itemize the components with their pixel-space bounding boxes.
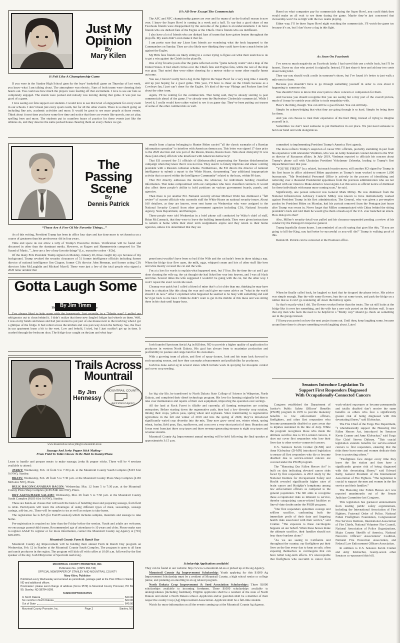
events-details-2: The registration fee is $25 (for EACH se… — [8, 514, 141, 522]
paragraph: committed to implementing President Trum… — [272, 143, 394, 147]
by-word: By — [105, 47, 112, 54]
paragraph: So that’s exactly what I did. The flower… — [272, 303, 394, 318]
paragraph: JERKY: Wednesday, Feb. 12 from 5 to 7:30… — [8, 468, 141, 476]
commercials-body-right: Based on what companies pay for commerci… — [272, 10, 394, 54]
website-email-line: www.mountrail.uc.nd.us jmh@co.mountrail.… — [8, 443, 141, 446]
publication-details: Published every Wednesday and entered as… — [21, 578, 135, 585]
paragraph: Sometimes we don’t need someone to put t… — [272, 125, 394, 133]
gotta-body-left: I’ve always liked to help some with the … — [8, 312, 141, 348]
footer-right: Stanley, ND — [119, 608, 133, 611]
rate-value: $45.00 — [125, 602, 133, 605]
footer-left: Mountrail County Promoter, Inc. — [22, 608, 58, 611]
paragraph: Also, Milley’s security detail was pulle… — [272, 218, 394, 226]
paragraph: Here’s the thing, though. You can still … — [272, 104, 394, 108]
gotta-body-middle: pened next wouldn’t have been so bad if … — [145, 257, 268, 333]
passing-title-block: “These Are A Few Of My Favorite Things..… — [8, 226, 141, 233]
passing-body-left: As of this writing, President Trump has … — [8, 233, 141, 271]
run-in-text: Wednesday, Feb. 12 from 5 to 7:30 p.m. a… — [8, 468, 141, 475]
paragraph: That EO directly addresses the income, t… — [145, 179, 268, 194]
paragraph: I am pretty sure that my Lions fans frie… — [145, 41, 268, 52]
publisher-line: Mary Kilen, Publisher — [21, 574, 135, 577]
paragraph: DRY AGING/HARD SALAMI: Wednesday, Mar. 2… — [8, 493, 141, 501]
paragraph: The move reflects Trump’s suspicion of c… — [272, 148, 394, 167]
aerial-ag-body: Josh founded Spectrum Aerial Ag in Killd… — [145, 343, 268, 389]
passing-scene-titles: The Passing Scene By Dennis Patrick — [75, 144, 142, 224]
facebook-title-block: As Seen On Facebook — [272, 55, 394, 62]
page-number: Page 2 — [85, 608, 93, 611]
passing-body-right: committed to implementing President Trum… — [272, 143, 394, 289]
left-divider-2 — [8, 351, 141, 356]
paragraph: If you were in the Stanley High School g… — [8, 82, 141, 101]
by-word: By — [105, 195, 112, 202]
paragraph: Based on what companies pay for commerci… — [272, 10, 394, 21]
paragraph: Josh has done aerial ag in several state… — [145, 363, 268, 371]
farm-ranch-day-title: Mountrail County Farm & Ranch Day — [8, 538, 141, 542]
title-line-1: Trails Across — [75, 361, 142, 372]
column-title: The Passing Scene — [75, 159, 142, 195]
paragraph: These people were told Wednesday in a br… — [145, 214, 268, 229]
paragraph: “YOU’RE FIRED!” In a related, but much b… — [272, 167, 394, 190]
paragraph: Significantly, one person removed was Ge… — [272, 191, 394, 217]
article-title: “These Are A Few Of My Favorite Things..… — [8, 226, 141, 230]
dennis-patrick-photo — [11, 146, 73, 220]
title-line-2: Opinion — [85, 35, 131, 47]
paragraph: pened next wouldn’t have been so bad if … — [145, 257, 268, 268]
trails-byline-row: By Jim Hennessy MOUNTRAIL COUNTY Agricul… — [73, 384, 143, 408]
publication-info-box: MOUNTRAIL COUNTY PROMOTER, INC. Publicat… — [18, 561, 134, 629]
paragraph: The Fire Chief of the Fargo Fire Departm… — [336, 423, 397, 457]
paragraph: Trump hopefully cleans house. I am remin… — [272, 226, 394, 237]
paragraph: “Firefighters face danger every time the… — [336, 457, 397, 487]
title-line-1: The Passing — [75, 159, 142, 183]
senators-headline-block: Senators Introduce Legislation To Suppor… — [270, 382, 396, 402]
right-divider — [272, 378, 394, 379]
column-title: Trails Across Mountrail — [75, 361, 142, 382]
scholarship-block: Scholarship Applications available! They… — [145, 562, 268, 640]
commercials-title-block: It’s All Over Except The Commercials — [145, 10, 268, 17]
article-title: It Felt Like A Championship Game — [8, 75, 141, 79]
headline-line-3: With Occupationally-Connected Cancers — [270, 393, 396, 398]
paragraph: Then there is yet another EO. National s… — [145, 194, 268, 213]
paragraph: You see, I haven’t really had a dog in t… — [145, 77, 268, 92]
trails-titles: Trails Across Mountrail By Jim Hennessy … — [73, 358, 143, 442]
author-name: Dennis Patrick — [88, 202, 130, 209]
scholarship-title: Scholarship Applications available! — [145, 562, 268, 566]
paragraph: As of this writing, President Trump has … — [8, 233, 141, 241]
paragraph: BULK BACON/CANADIAN BACON: Wednesday, Ma… — [8, 485, 141, 493]
paragraph: This legislation has garnered endorsemen… — [336, 501, 397, 546]
article-subtitle: The Latest News From Down Here — [8, 306, 141, 310]
paragraph: emails from a laptop belonging to Hunter… — [145, 143, 268, 158]
scholarship-link-line: They can be found at our website: http:/… — [145, 567, 268, 571]
article1-title-block: It Felt Like A Championship Game — [8, 75, 141, 82]
trails-links-block: www.mountrail.uc.nd.us jmh@co.mountrail.… — [8, 443, 141, 448]
column-title: Gotta Laugh Some — [9, 281, 142, 294]
events-list: JERKY: Wednesday, Feb. 12 from 5 to 7:30… — [8, 468, 141, 501]
paragraph: BRATS: Wednesday, Feb. 26 from 5 to 7:30… — [8, 477, 141, 485]
paragraph: I love seeing our fans support our stude… — [8, 102, 141, 125]
paragraph: I also have a lot of friends who are die… — [145, 33, 268, 41]
paragraph: Dennis M. Patrick can be contacted at th… — [272, 238, 394, 242]
rate-row: Out of State$45.00 — [22, 602, 133, 605]
paragraph: And because you should recognize that yo… — [272, 95, 394, 103]
column-title: Just My Opinion — [85, 23, 131, 47]
paragraph: When he finally called back, he laughed … — [272, 291, 394, 302]
events-intro: Learn to handle and prepare meats to mak… — [8, 460, 141, 468]
passing-body-middle: emails from a laptop belonging to Hunter… — [145, 143, 268, 253]
paragraph: Congress established the Department of J… — [270, 403, 331, 445]
middle-divider — [145, 337, 268, 342]
paragraph: My Bills fans friends are likely sitting… — [145, 53, 268, 61]
paragraph: With a growing team of pilots, and fleet… — [145, 355, 268, 363]
run-in-text: Wednesday, Feb. 26 from 5 to 7:30 p.m. a… — [8, 477, 141, 484]
paragraph: Time and space do not allow a tally of T… — [8, 241, 141, 252]
paragraph: That EO accused the 51 officials of (dis… — [145, 159, 268, 178]
just-my-opinion-titles: Just My Opinion By Mary Kilen — [75, 11, 142, 73]
paragraph: The AFC and NFC championship games are o… — [145, 17, 268, 32]
facebook-body: I’ve seen so much negativity on Facebook… — [272, 62, 394, 133]
mountrail-county-ag-logo: MOUNTRAIL COUNTY Agricultural Agency — [103, 384, 143, 408]
trails-byline: By Jim Hennessy — [73, 390, 101, 403]
title-line-2: Scene — [75, 183, 142, 195]
article1-body-left: If you were in the Stanley High School g… — [8, 82, 141, 134]
class-heading-block: Sausage And Jerky Pepper Stick Making - … — [8, 449, 141, 459]
paragraph: The “Honoring Our Fallen Heroes Act” is … — [270, 465, 331, 507]
paragraph: “Our first responders epitomize courage … — [270, 507, 331, 537]
logo-text-top: MOUNTRAIL COUNTY — [107, 389, 139, 393]
events-details-1: These are hands-on classes that will tea… — [8, 502, 141, 513]
trails-masthead: Trails Across Mountrail By Jim Hennessy … — [8, 357, 143, 443]
publication-number: Publication No. (USPS 366-740) — [21, 567, 135, 570]
paragraph: In addition to U.S. Senators Kevin Crame… — [336, 547, 397, 558]
trails-continuation-body: for big city life, he transferred to Nor… — [145, 392, 268, 560]
paragraph: Cleanup was quick but I called a friend … — [145, 285, 268, 304]
author-name: Mary Kilen — [91, 53, 126, 61]
trails-events-block: Learn to handle and prepare meats to mak… — [8, 460, 141, 558]
postmaster-line: Postmaster: please send change of addres… — [21, 585, 135, 592]
paragraph: Again, I’ll be waiting for the commercia… — [145, 93, 268, 108]
article-subtitle: As Seen On Facebook — [272, 55, 394, 59]
logo-text-bottom: Agricultural Agency — [111, 401, 136, 405]
paragraph: Josh founded Spectrum Aerial Ag in Killd… — [145, 343, 268, 354]
section-divider — [8, 137, 394, 138]
by-word: By Jim — [73, 390, 101, 397]
scholarship-closing: Watch for more information on all the ev… — [145, 603, 268, 607]
paragraph: I’ve always liked to help some with the … — [8, 312, 141, 335]
official-newspaper-line: OFFICIAL NEWSPAPER OF STANLEY AND MOUNTR… — [21, 571, 135, 574]
paragraph: And you can choose to trust their experi… — [272, 116, 394, 124]
farm-ranch-day-body: Mountrail County Ag Improvement will be … — [8, 542, 141, 557]
paragraph: Either way, I’ll be there Super Bowl nig… — [272, 22, 394, 30]
paragraph: I’m at a loss for words to explain what … — [145, 269, 268, 284]
paragraph: Mountrail County Ag Improvement annual m… — [145, 435, 268, 443]
just-my-opinion-masthead: Just My Opinion By Mary Kilen — [8, 10, 143, 74]
paragraph: Because you shouldn’t have to go through… — [272, 82, 394, 90]
paragraph: One of my favorite posts after the game … — [145, 62, 268, 77]
left-divider-1 — [8, 273, 141, 278]
scan-edge-shadow — [396, 0, 400, 643]
paragraph: I’ve seen so much negativity on Facebook… — [272, 62, 394, 73]
paragraph: All the land at Rock Forest is tillable … — [145, 404, 268, 434]
paragraph: The Honoring Our Fallen Heroes Act was r… — [336, 488, 397, 499]
paragraph: Of the many EOs President Trump signed o… — [8, 253, 141, 271]
paragraph: Simply by acknowledging that what they a… — [272, 108, 394, 116]
subscription-rates-title: SUBSCRIPTION RATES — [21, 592, 135, 595]
rate-label: Out of State — [22, 602, 36, 605]
paragraph: for big city life, he transferred to Nor… — [145, 392, 268, 403]
paragraph: You shouldn’t have to know that exact pa… — [272, 91, 394, 95]
masthead-footer: Mountrail County Promoter, Inc. Page 2 S… — [21, 607, 135, 611]
article-title: It’s All Over Except The Commercials — [145, 10, 268, 14]
passing-scene-masthead: The Passing Scene By Dennis Patrick — [8, 143, 143, 225]
publication-name: MOUNTRAIL COUNTY PROMOTER, INC. — [21, 563, 135, 566]
jim-hennessy-photo — [11, 360, 71, 438]
commercials-body: The AFC and NFC championship games are o… — [145, 17, 268, 133]
author-name: Hennessy — [73, 396, 101, 403]
paragraph: U.S. Senators Kevin Cramer (R-ND) and Am… — [270, 445, 331, 464]
class-heading-line-2: From Field To Table Classes To Be Held I… — [8, 453, 141, 457]
events-details-3: Pre-registration is required no later th… — [8, 522, 141, 537]
title-line-2: Mountrail — [75, 372, 142, 383]
newspaper-page: Just My Opinion By Mary Kilen It Felt Li… — [0, 0, 400, 643]
senators-body: Congress established the Department of J… — [270, 403, 396, 639]
mary-kilen-photo — [11, 13, 73, 69]
gotta-body-right: When he finally called back, he laughed … — [272, 291, 394, 375]
paragraph: I’ll keep you posted on how the next pro… — [272, 319, 394, 327]
paragraph: They say you should walk a mile in someo… — [272, 74, 394, 82]
